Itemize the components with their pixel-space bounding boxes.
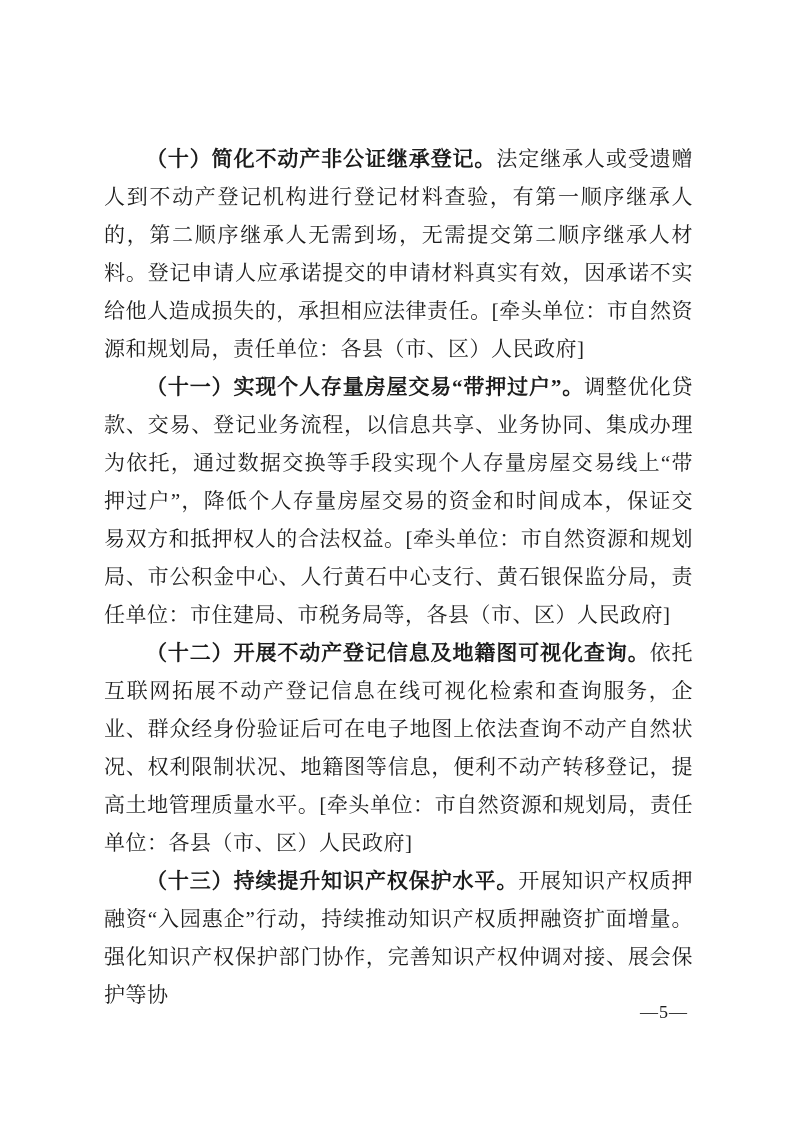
paragraph-body: 调整优化贷款、交易、登记业务流程，以信息共享、业务协同、集成办理为依托，通过数据… (104, 375, 693, 627)
paragraph-heading: （十二）开展不动产登记信息及地籍图可视化查询。 (146, 641, 650, 665)
paragraph-body: 依托互联网拓展不动产登记信息在线可视化检索和查询服务，企业、群众经身份验证后可在… (104, 641, 693, 855)
paragraph-heading: （十三）持续提升知识产权保护水平。 (146, 869, 518, 893)
document-body: （十）简化不动产非公证继承登记。法定继承人或受遗赠人到不动产登记机构进行登记材料… (104, 140, 693, 1014)
paragraph-heading: （十）简化不动产非公证继承登记。 (146, 147, 496, 171)
paragraph: （十一）实现个人存量房屋交易“带押过户”。调整优化贷款、交易、登记业务流程，以信… (104, 368, 693, 634)
paragraph: （十三）持续提升知识产权保护水平。开展知识产权质押融资“入园惠企”行动，持续推动… (104, 862, 693, 1014)
paragraph: （十）简化不动产非公证继承登记。法定继承人或受遗赠人到不动产登记机构进行登记材料… (104, 140, 693, 368)
paragraph: （十二）开展不动产登记信息及地籍图可视化查询。依托互联网拓展不动产登记信息在线可… (104, 634, 693, 862)
paragraph-body: 法定继承人或受遗赠人到不动产登记机构进行登记材料查验，有第一顺序继承人的，第二顺… (104, 147, 693, 361)
paragraph-heading: （十一）实现个人存量房屋交易“带押过户”。 (146, 375, 584, 399)
page-number: —5— (640, 1000, 688, 1024)
document-page: { "document": { "paragraphs": [ { "headi… (0, 0, 794, 1123)
